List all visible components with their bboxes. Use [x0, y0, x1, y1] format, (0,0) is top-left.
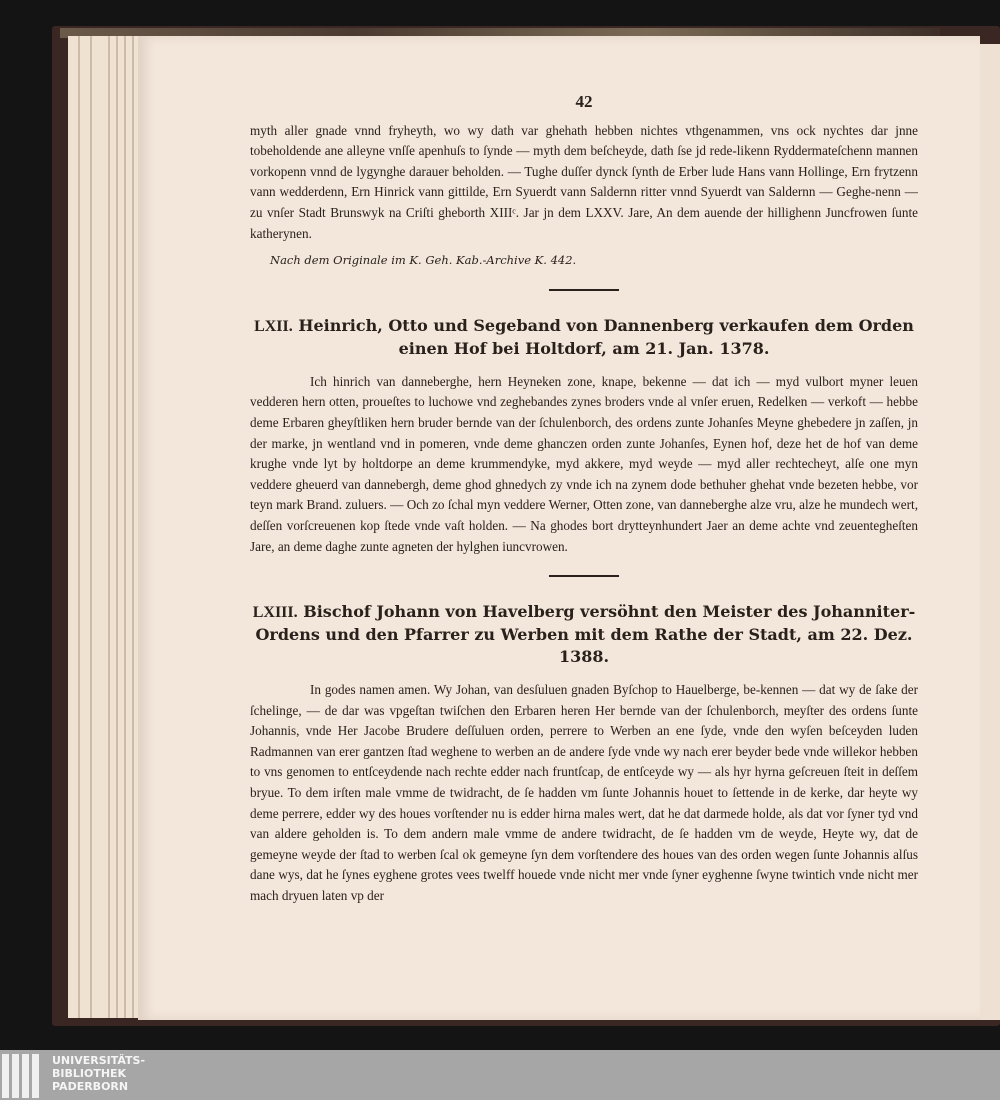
section-divider: [549, 575, 619, 577]
page-content: 42 myth aller gnade vnnd fryheyth, wo wy…: [250, 92, 918, 907]
section-heading-lxiii: LXIII. Bischof Johann von Havelberg vers…: [250, 601, 918, 668]
section-title: Heinrich, Otto und Segeband von Dannenbe…: [298, 316, 914, 358]
library-logo-icon: [2, 1054, 42, 1100]
page-number: 42: [250, 92, 918, 113]
source-note: Nach dem Originale im K. Geh. Kab.-Archi…: [270, 250, 918, 271]
library-logo-text: UNIVERSITÄTS- BIBLIOTHEK PADERBORN: [52, 1054, 145, 1093]
opening-paragraph-text: myth aller gnade vnnd fryheyth, wo wy da…: [250, 121, 918, 245]
section-body-text: Ich hinrich van danneberghe, hern Heynek…: [250, 372, 918, 557]
section-number: LXIII.: [253, 604, 298, 621]
section-heading-lxii: LXII. Heinrich, Otto und Segeband von Da…: [250, 315, 918, 360]
library-footer: UNIVERSITÄTS- BIBLIOTHEK PADERBORN: [0, 1050, 1000, 1100]
section-title: Bischof Johann von Havelberg versöhnt de…: [255, 602, 915, 666]
section-number: LXII.: [254, 318, 293, 335]
section-body-text: In godes namen amen. Wy Johan, van desſu…: [250, 680, 918, 907]
section-divider: [549, 289, 619, 291]
section-body-lxiii: In godes namen amen. Wy Johan, van desſu…: [250, 680, 918, 907]
book-page: 42 myth aller gnade vnnd fryheyth, wo wy…: [138, 36, 980, 1020]
section-body-lxii: Ich hinrich van danneberghe, hern Heynek…: [250, 372, 918, 557]
facing-page-edge: [978, 44, 1000, 1020]
page-stack-edges: [68, 36, 148, 1018]
opening-paragraph: myth aller gnade vnnd fryheyth, wo wy da…: [250, 121, 918, 245]
